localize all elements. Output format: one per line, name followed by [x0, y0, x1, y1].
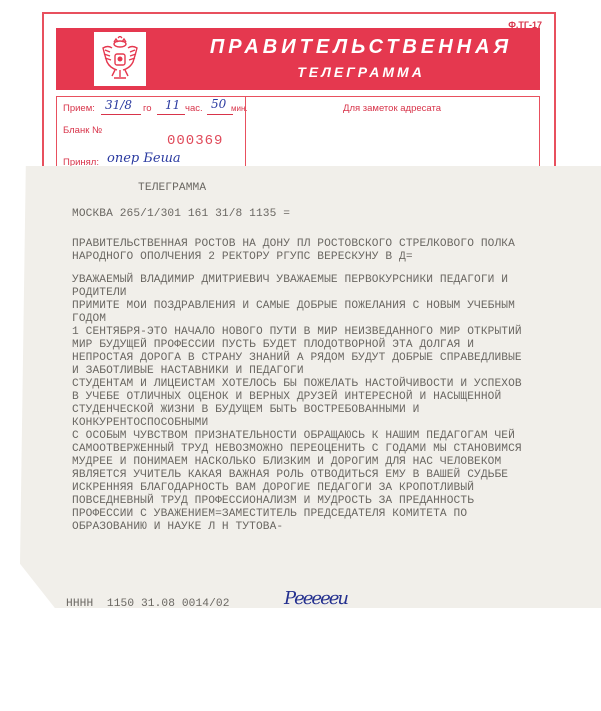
blank-number: 000369 — [167, 133, 223, 149]
text-line: МУДРЕЕ И ПОНИМАЕМ НАСКОЛЬКО БЛИЗКИМ И ДО… — [72, 456, 522, 469]
banner-subtitle: ТЕЛЕГРАММА — [196, 64, 526, 80]
text-line: ПРИМИТЕ МОИ ПОЗДРАВЛЕНИЯ И САМЫЕ ДОБРЫЕ … — [72, 300, 522, 313]
text-line: ГОДОМ — [72, 313, 522, 326]
text-line: И ЗАБОТЛИВЫЕ НАСТАВНИКИ И ПЕДАГОГИ — [72, 365, 522, 378]
received-date: 31/8 — [105, 98, 132, 112]
blank-label: Бланк № — [63, 125, 102, 136]
received-minutes: 50 — [211, 97, 226, 111]
text-line: ПРОФЕССИИ С УВАЖЕНИЕМ=ЗАМЕСТИТЕЛЬ ПРЕДСЕ… — [72, 508, 522, 521]
text-line: САМООТВЕРЖЕННЫЙ ТРУД НЕВОЗМОЖНО ПЕРЕОЦЕН… — [72, 443, 522, 456]
received-label: Прием: — [63, 103, 95, 114]
routing-line: МОСКВА 265/1/301 161 31/8 1135 = — [72, 208, 290, 221]
operator-signature: Реееееи — [284, 588, 347, 609]
text-line: С ОСОБЫМ ЧУВСТВОМ ПРИЗНАТЕЛЬНОСТИ ОБРАЩА… — [72, 430, 522, 443]
text-line: НАРОДНОГО ОПОЛЧЕНИЯ 2 РЕКТОРУ РГУПС ВЕРЕ… — [72, 251, 515, 264]
text-line: РОДИТЕЛИ — [72, 287, 522, 300]
telegram-form-header: Ф.ТГ-17 ПРАВИТЕЛЬСТВЕННАЯ ТЕЛЕГРАММА При… — [42, 12, 556, 182]
text-line: МИР БУДУЩЕЙ ПРОФЕССИИ ПУСТЬ БУДЕТ ПЛОДОТ… — [72, 339, 522, 352]
day-label: го — [143, 103, 152, 114]
text-line: ПОВСЕДНЕВНЫЙ ТРУД ПРОФЕССИОНАЛИЗМ И МУДР… — [72, 495, 522, 508]
text-line: ОБРАЗОВАНИЮ И НАУКЕ Л Н ТУТОВА- — [72, 521, 522, 534]
text-line: КОНКУРЕНТОСПОСОБНЫМИ — [72, 417, 522, 430]
reception-fields: Прием: 31/8 го 11 час. 50 мин. Бланк № 0… — [56, 96, 540, 176]
text-line: УВАЖАЕМЫЙ ВЛАДИМИР ДМИТРИЕВИЧ УВАЖАЕМЫЕ … — [72, 274, 522, 287]
government-banner: ПРАВИТЕЛЬСТВЕННАЯ ТЕЛЕГРАММА — [56, 28, 540, 90]
footer-line: НННН 1150 31.08 0014/02 — [66, 598, 230, 611]
accepted-by: опер Беша — [107, 151, 181, 166]
text-line: СТУДЕНЧЕСКОЙ ЖИЗНИ В БУДУЩЕМ БЫТЬ ВОСТРЕ… — [72, 404, 522, 417]
text-line: ПРАВИТЕЛЬСТВЕННАЯ РОСТОВ НА ДОНУ ПЛ РОСТ… — [72, 238, 515, 251]
text-line: НЕПРОСТАЯ ДОРОГА В СТРАНУ ЗНАНИЙ А РЯДОМ… — [72, 352, 522, 365]
text-line: СТУДЕНТАМ И ЛИЦЕИСТАМ ХОТЕЛОСЬ БЫ ПОЖЕЛА… — [72, 378, 522, 391]
telegram-header: ТЕЛЕГРАММА — [138, 182, 206, 195]
text-line: ИСКРЕННЯЯ БЛАГОДАРНОСТЬ ВАМ ДОРОГИЕ ПЕДА… — [72, 482, 522, 495]
reception-details: Прием: 31/8 го 11 час. 50 мин. Бланк № 0… — [57, 97, 246, 175]
text-line: 1 СЕНТЯБРЯ-ЭТО НАЧАЛО НОВОГО ПУТИ В МИР … — [72, 326, 522, 339]
message-body: УВАЖАЕМЫЙ ВЛАДИМИР ДМИТРИЕВИЧ УВАЖАЕМЫЕ … — [72, 274, 522, 534]
hour-label: час. — [185, 103, 203, 114]
text-line: ЯВЛЯЕТСЯ УЧИТЕЛЬ КАКАЯ ВАЖНАЯ РОЛЬ ОТВОД… — [72, 469, 522, 482]
received-hour: 11 — [165, 98, 180, 112]
text-line: В УЧЕБЕ ОТЛИЧНЫХ ОЦЕНОК И ВЕРНЫХ ДРУЗЕЙ … — [72, 391, 522, 404]
banner-title: ПРАВИТЕЛЬСТВЕННАЯ — [196, 36, 526, 59]
address-block: ПРАВИТЕЛЬСТВЕННАЯ РОСТОВ НА ДОНУ ПЛ РОСТ… — [72, 238, 515, 264]
russian-coat-of-arms-icon — [94, 32, 146, 86]
notes-label: Для заметок адресата — [245, 103, 539, 114]
